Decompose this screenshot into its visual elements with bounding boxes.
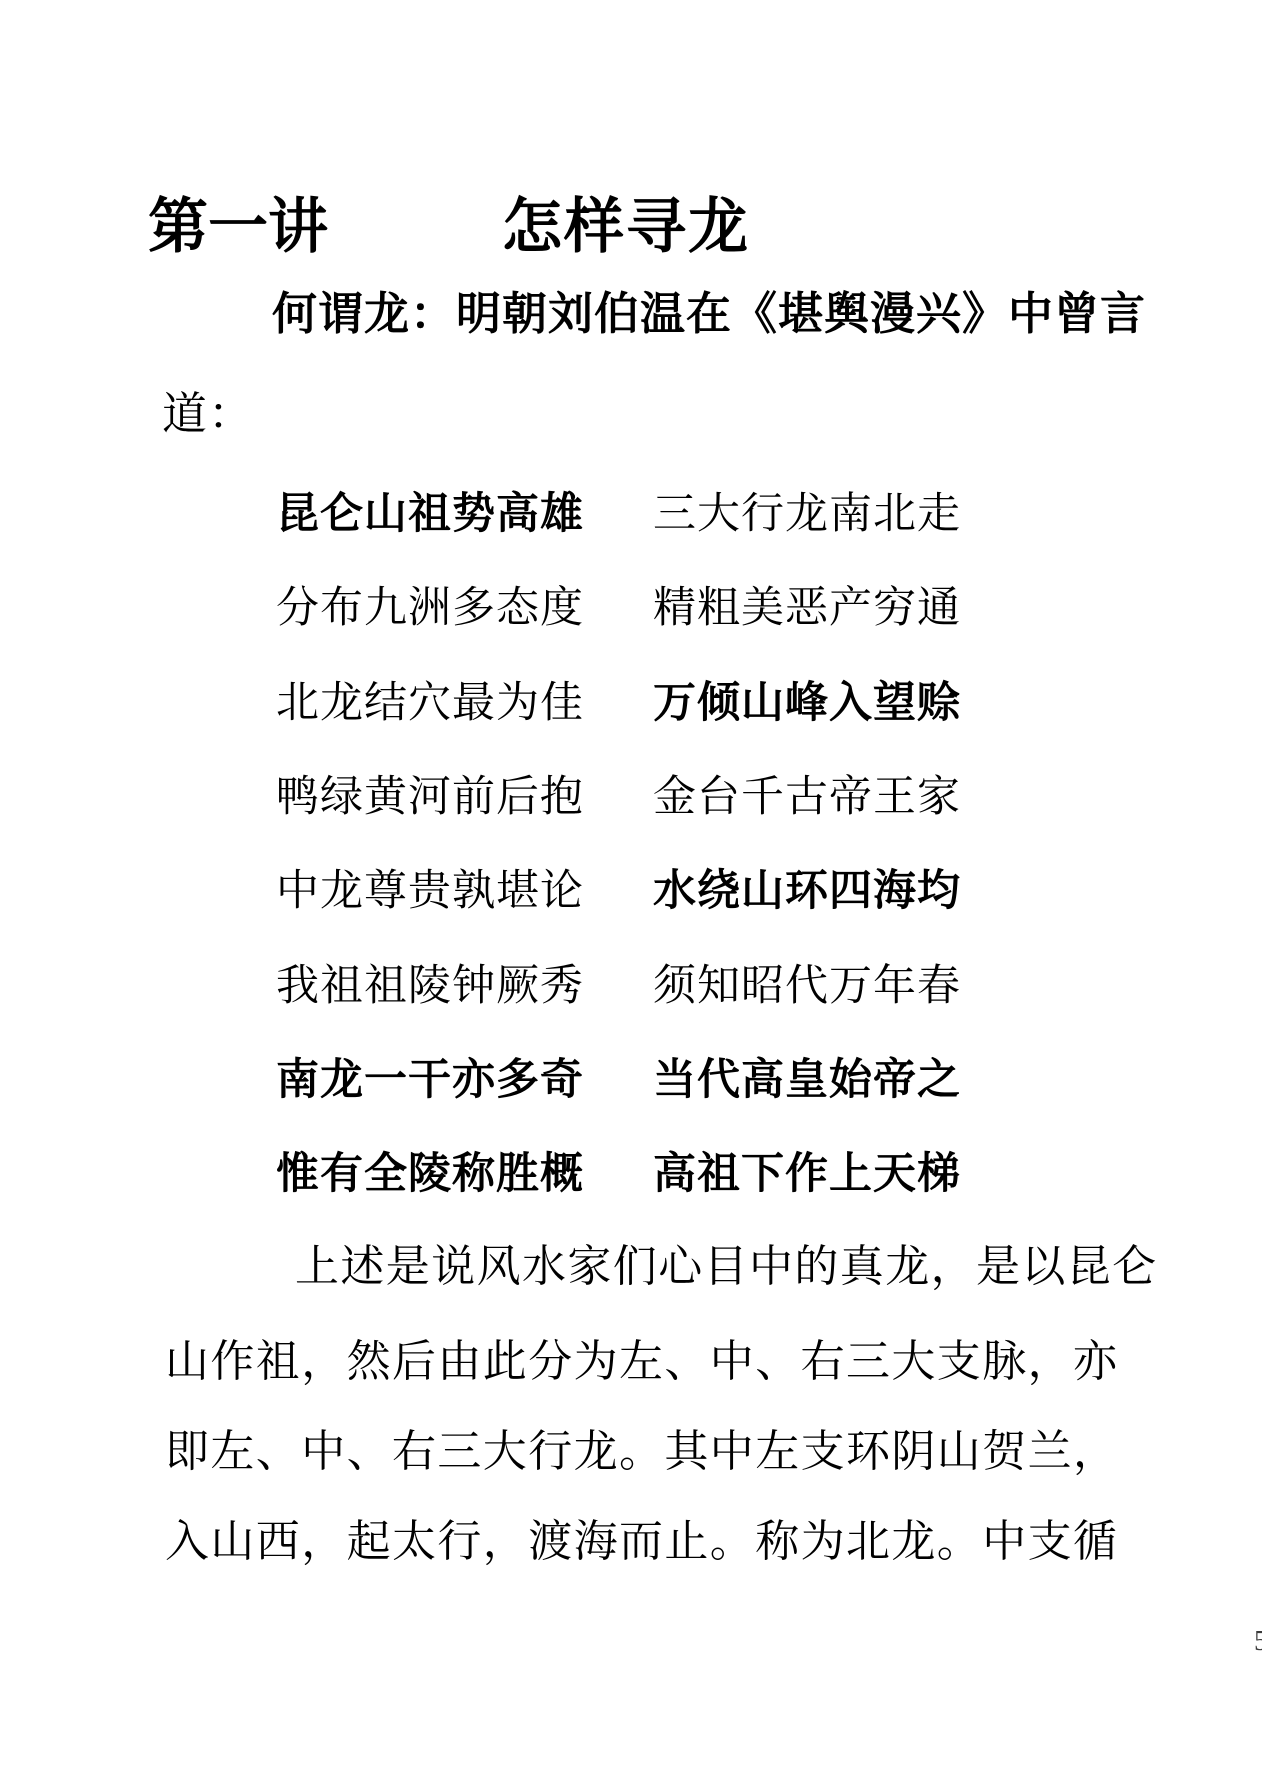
chapter-title-row: 第一讲 怎样寻龙 [148, 197, 328, 257]
poem-verse-left: 中龙尊贵孰堪论 [276, 870, 584, 913]
poem-verse-left: 南龙一干亦多奇 [276, 1059, 584, 1102]
poem-verse-left: 昆仑山祖势高雄 [276, 493, 584, 536]
poem-verse-left: 分布九洲多态度 [276, 587, 584, 630]
paragraph-line: 上述是说风水家们心目中的真龙，是以昆仑 [295, 1245, 1158, 1289]
poem-verse-left: 惟有全陵称胜概 [276, 1153, 584, 1196]
poem-verse-left: 北龙结穴最为佳 [276, 682, 584, 725]
poem-verse-right: 高祖下作上天梯 [653, 1153, 961, 1196]
intro-line: 何谓龙：明朝刘伯温在《堪舆漫兴》中曾言 [272, 292, 1146, 337]
poem-verse-right: 当代高皇始帝之 [653, 1059, 961, 1102]
poem-verse-left: 鸭绿黄河前后抱 [276, 776, 584, 819]
document-page: 第一讲 怎样寻龙 何谓龙：明朝刘伯温在《堪舆漫兴》中曾言 道： 昆仑山祖势高雄 … [0, 0, 1262, 1791]
poem-verse-right: 须知昭代万年春 [653, 965, 961, 1008]
poem-verse-left: 我祖祖陵钟厥秀 [276, 965, 584, 1008]
paragraph-line: 山作祖，然后由此分为左、中、右三大支脉，亦 [165, 1340, 1118, 1384]
intro-continuation: 道： [162, 392, 254, 437]
paragraph-line: 即左、中、右三大行龙。其中左支环阴山贺兰， [165, 1430, 1118, 1474]
paragraph-line: 入山西，起太行，渡海而止。称为北龙。中支循 [165, 1520, 1118, 1564]
poem-verse-right: 水绕山环四海均 [653, 870, 961, 913]
poem-verse-right: 金台千古帝王家 [653, 776, 961, 819]
chapter-subject: 怎样寻龙 [502, 197, 750, 257]
page-number-fragment: 5 [1254, 1628, 1262, 1656]
poem-verse-right: 三大行龙南北走 [653, 493, 961, 536]
poem-verse-right: 万倾山峰入望赊 [653, 682, 961, 725]
poem-verse-right: 精粗美恶产穷通 [653, 587, 961, 630]
chapter-number: 第一讲 [148, 194, 328, 260]
